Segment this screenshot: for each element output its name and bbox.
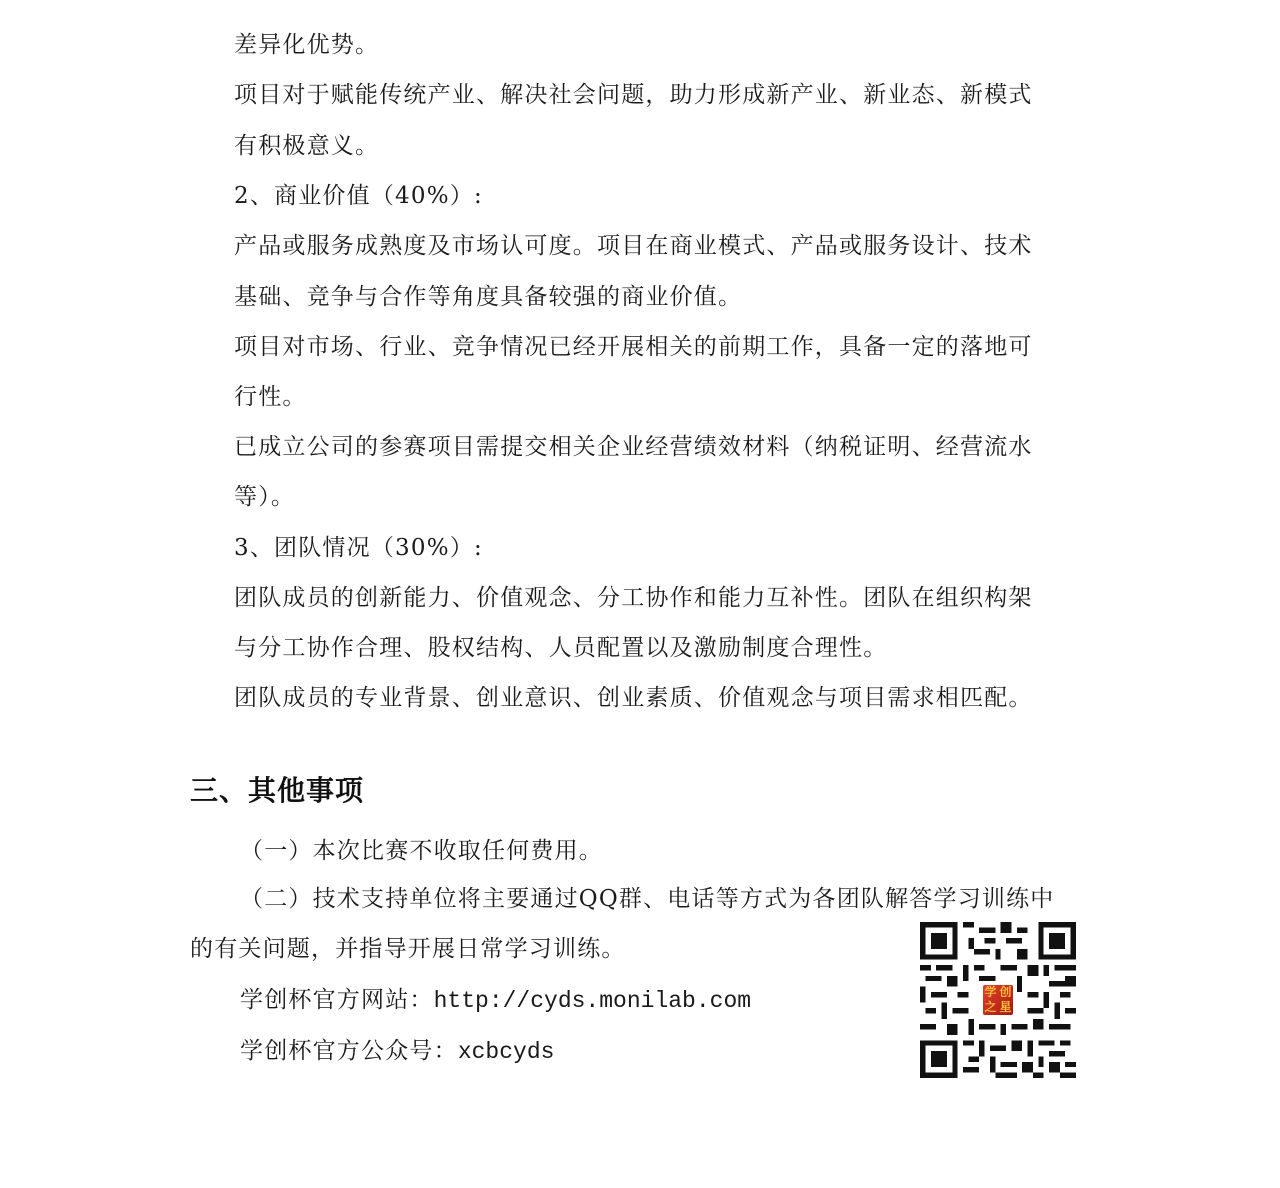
paragraph-line: 项目对于赋能传统产业、解决社会问题，助力形成新产业、新业态、新模式 <box>234 80 1033 110</box>
logo-char: 学 <box>983 985 998 1000</box>
paragraph-line: 行性。 <box>234 382 307 412</box>
paragraph-line: 等）。 <box>234 482 295 512</box>
paragraph-line: 基础、竞争与合作等角度具备较强的商业价值。 <box>234 282 742 312</box>
logo-char: 之 <box>983 1000 998 1015</box>
qr-center-logo: 学 创 之 星 <box>981 983 1015 1017</box>
wechat-account-line: 学创杯官方公众号：xcbcyds <box>240 1036 554 1067</box>
paragraph-line: 2、商业价值（40%）: <box>234 181 483 211</box>
paragraph-line: 有积极意义。 <box>234 131 379 161</box>
paragraph-line: 差异化优势。 <box>234 30 379 60</box>
wechat-account-label: 学创杯官方公众号： <box>240 1038 458 1064</box>
paragraph-line: （一）本次比赛不收取任何费用。 <box>240 836 603 866</box>
qr-code-image: 学 创 之 星 <box>920 922 1076 1078</box>
wechat-account-value: xcbcyds <box>458 1039 555 1065</box>
paragraph-line: （二）技术支持单位将主要通过QQ群、电话等方式为各团队解答学习训练中 <box>240 884 1055 914</box>
paragraph-line: 与分工协作合理、股权结构、人员配置以及激励制度合理性。 <box>234 633 887 663</box>
paragraph-line: 的有关问题，并指导开展日常学习训练。 <box>190 934 626 964</box>
website-line: 学创杯官方网站：http://cyds.monilab.com <box>240 985 751 1016</box>
paragraph-line: 3、团队情况（30%）: <box>234 533 483 563</box>
logo-char: 星 <box>998 1000 1013 1015</box>
paragraph-line: 产品或服务成熟度及市场认可度。项目在商业模式、产品或服务设计、技术 <box>234 231 1033 261</box>
paragraph-line: 已成立公司的参赛项目需提交相关企业经营绩效材料（纳税证明、经营流水 <box>234 432 1033 462</box>
website-label: 学创杯官方网站： <box>240 987 434 1013</box>
paragraph-line: 团队成员的专业背景、创业意识、创业素质、价值观念与项目需求相匹配。 <box>234 683 1033 713</box>
logo-char: 创 <box>998 985 1013 1000</box>
paragraph-line: 项目对市场、行业、竞争情况已经开展相关的前期工作，具备一定的落地可 <box>234 332 1033 362</box>
paragraph-line: 团队成员的创新能力、价值观念、分工协作和能力互补性。团队在组织构架 <box>234 583 1033 613</box>
section-heading-other-matters: 三、其他事项 <box>190 773 364 809</box>
website-link[interactable]: http://cyds.monilab.com <box>434 988 751 1014</box>
